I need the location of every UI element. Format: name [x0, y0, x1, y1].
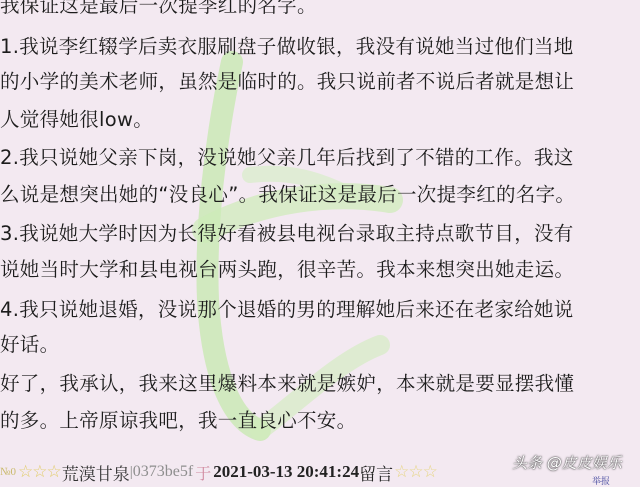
post-line: 好话。 [0, 333, 59, 357]
post-line: 3.我说她大学时因为长得好看被县电视台录取主持点歌节目，没有 [0, 222, 574, 246]
post-line: 2.我只说她父亲下岗，没说她父亲几年后找到了不错的工作。我这 [0, 146, 574, 170]
comment-label: 留言 [359, 460, 393, 485]
author-name[interactable]: 荒漠甘泉 [62, 460, 130, 485]
comment-footer: №0 ☆☆☆ 荒漠甘泉 | 0373be5f 于 2021-03-13 20:4… [0, 460, 437, 484]
post-line: 说她当时大学和县电视台两头跑，很辛苦。我本来想突出她走运。 [0, 258, 574, 282]
post-line: 的多。上帝原谅我吧，我一直良心不安。 [0, 409, 356, 433]
rating-stars-right[interactable]: ☆☆☆ [394, 462, 437, 482]
comment-datetime: 2021-03-13 20:41:24 [213, 462, 359, 482]
post-line: 么说是想突出她的“没良心”。我保证这是最后一次提李红的名字。 [0, 183, 575, 207]
post-line: 好了，我承认，我来这里爆料本来就是嫉妒，本来就是要显摆我懂 [0, 372, 574, 396]
post-line: 1.我说李红辍学后卖衣服刷盘子做收银，我没有说她当过他们当地 [0, 35, 574, 59]
rating-stars-left: ☆☆☆ [18, 462, 61, 482]
post-line: 我保证这是最后一次提李红的名字。 [0, 0, 317, 18]
user-hash: 0373be5f [133, 463, 193, 481]
post-line: 4.我只说她退婚，没说那个退婚的男的理解她后来还在老家给她说 [0, 298, 574, 322]
post-line: 人觉得她很low。 [0, 108, 153, 132]
floor-number: №0 [0, 466, 16, 478]
post-line: 的小学的美术老师，虽然是临时的。我只说前者不说后者就是想让 [0, 70, 574, 94]
source-watermark: 头条 @皮皮娱乐 [512, 452, 622, 473]
report-link[interactable]: 举报 [592, 474, 610, 487]
at-label: 于 [195, 461, 211, 484]
